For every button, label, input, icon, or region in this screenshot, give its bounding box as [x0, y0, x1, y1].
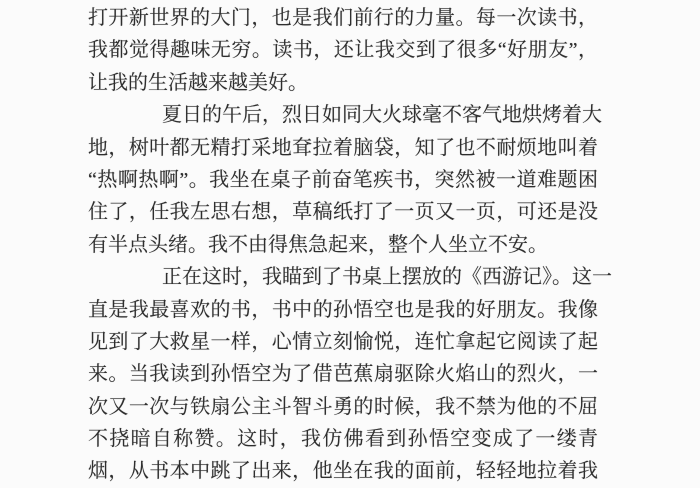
text-line-clipped: 烟，从书本中跳了出来，他坐在我的面前，轻轻地拉着我 [88, 455, 598, 470]
essay-text-block: 打开新世界的大门，也是我们前行的力量。每一次读书， 我都觉得趣味无穷。读书，还让… [88, 2, 598, 470]
text-line: 不挠暗自称赞。这时，我仿佛看到孙悟空变成了一缕青 [88, 423, 598, 455]
text-line: “热啊热啊”。我坐在桌子前奋笔疾书，突然被一道难题困 [88, 164, 598, 196]
text-line: 来。当我读到孙悟空为了借芭蕉扇驱除火焰山的烈火，一 [88, 358, 598, 390]
text-line: 地，树叶都无精打采地耷拉着脑袋，知了也不耐烦地叫着 [88, 132, 598, 164]
document-page: 打开新世界的大门，也是我们前行的力量。每一次读书， 我都觉得趣味无穷。读书，还让… [0, 0, 700, 470]
text-line: 正在这时，我瞄到了书桌上摆放的《西游记》。这一 [88, 261, 598, 293]
text-line: 打开新世界的大门，也是我们前行的力量。每一次读书， [88, 2, 598, 34]
text-line: 见到了大救星一样，心情立刻愉悦，连忙拿起它阅读了起 [88, 326, 598, 358]
text-line: 直是我最喜欢的书，书中的孙悟空也是我的好朋友。我像 [88, 294, 598, 326]
text-line: 住了，任我左思右想，草稿纸打了一页又一页，可还是没 [88, 196, 598, 228]
text-line: 有半点头绪。我不由得焦急起来，整个人坐立不安。 [88, 229, 598, 261]
text-line: 夏日的午后，烈日如同大火球毫不客气地烘烤着大 [88, 99, 598, 131]
text-line: 我都觉得趣味无穷。读书，还让我交到了很多“好朋友”， [88, 34, 598, 66]
text-line: 次又一次与铁扇公主斗智斗勇的时候，我不禁为他的不屈 [88, 391, 598, 423]
text-line: 让我的生活越来越美好。 [88, 67, 598, 99]
